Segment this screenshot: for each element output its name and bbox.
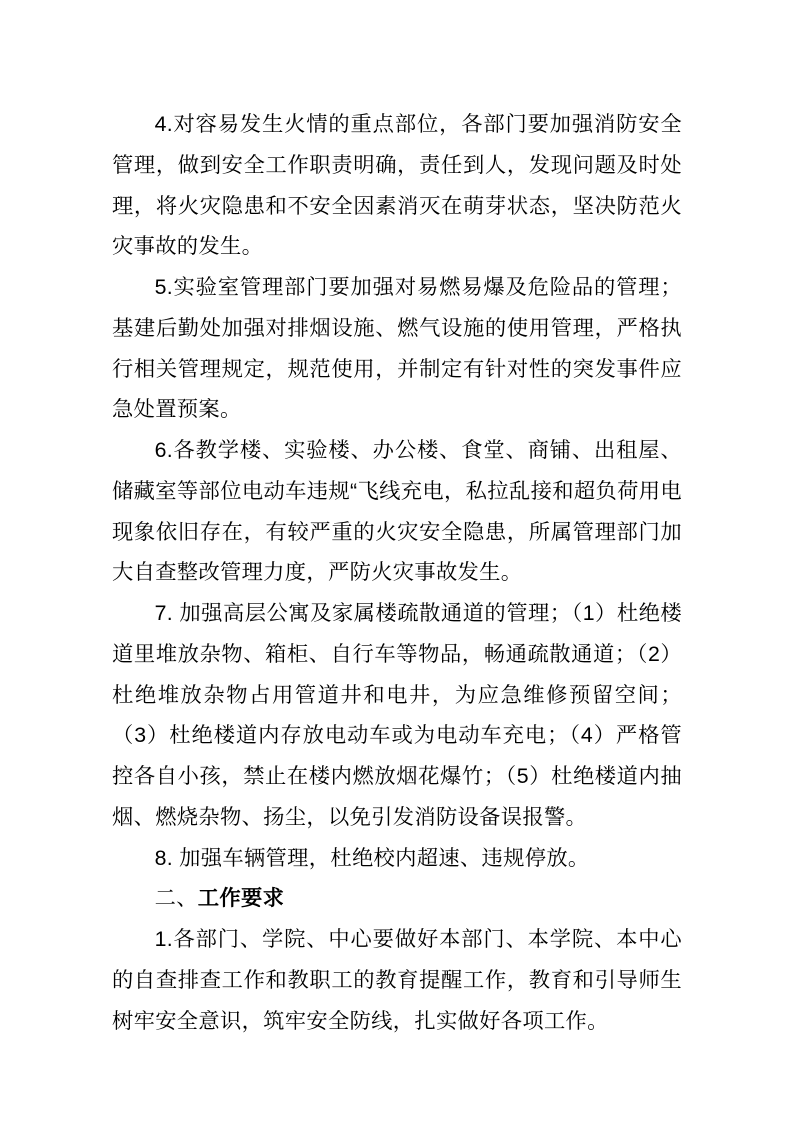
- section-heading-prefix: 二、: [155, 886, 198, 910]
- paragraph-self-inspection-education: 1.各部门、学院、中心要做好本部门、本学院、本中心的自查排查工作和教职工的教育提…: [112, 919, 682, 1041]
- paragraph-fire-key-areas: 4.对容易发生火情的重点部位，各部门要加强消防安全管理，做到安全工作职责明确，责…: [112, 104, 682, 267]
- document-body: 4.对容易发生火情的重点部位，各部门要加强消防安全管理，做到安全工作职责明确，责…: [112, 104, 682, 1041]
- document-page: 4.对容易发生火情的重点部位，各部门要加强消防安全管理，做到安全工作职责明确，责…: [0, 0, 794, 1123]
- paragraph-lab-hazardous-materials: 5.实验室管理部门要加强对易燃易爆及危险品的管理；基建后勤处加强对排烟设施、燃气…: [112, 267, 682, 430]
- section-heading-work-requirements: 二、工作要求: [112, 878, 682, 919]
- paragraph-vehicle-management: 8. 加强车辆管理，杜绝校内超速、违规停放。: [112, 838, 682, 879]
- paragraph-ev-charging-violations: 6.各教学楼、实验楼、办公楼、食堂、商铺、出租屋、储藏室等部位电动车违规“飞线充…: [112, 430, 682, 593]
- paragraph-evacuation-passages: 7. 加强高层公寓及家属楼疏散通道的管理；（1）杜绝楼道里堆放杂物、箱柜、自行车…: [112, 593, 682, 838]
- section-heading-label: 工作要求: [198, 886, 284, 910]
